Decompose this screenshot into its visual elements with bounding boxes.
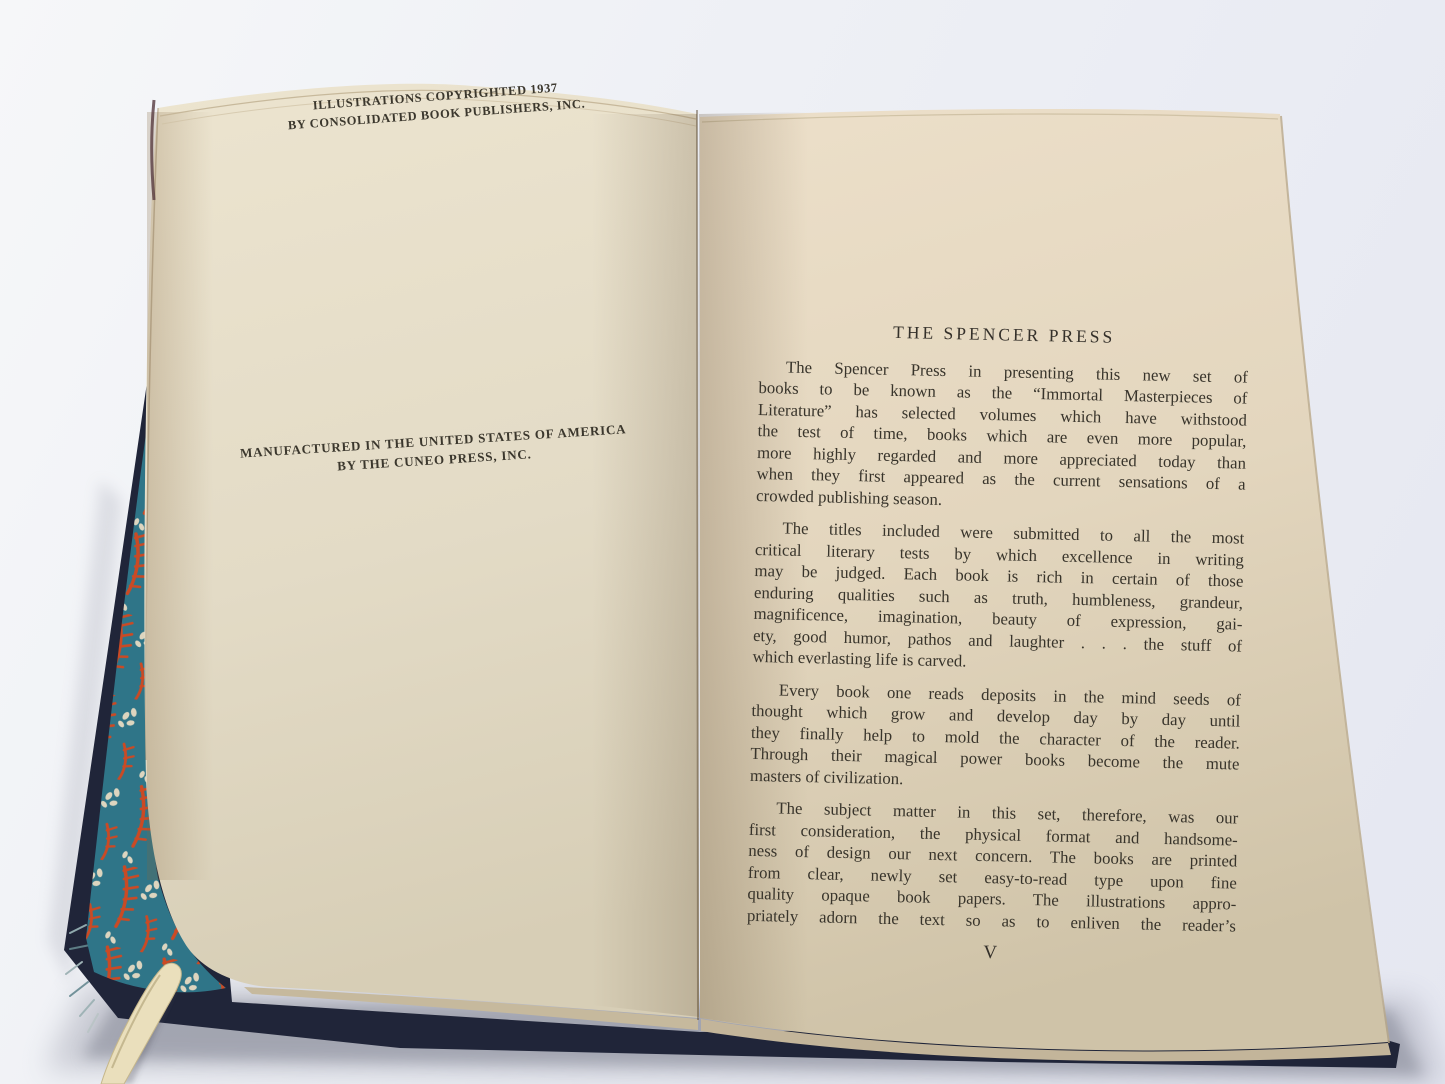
gutter-crease bbox=[697, 110, 698, 1020]
photo-of-open-book: ILLUSTRATIONS COPYRIGHTED 1937 BY CONSOL… bbox=[0, 0, 1445, 1084]
right-page-text: THE SPENCER PRESS The Spencer Press in p… bbox=[746, 319, 1249, 969]
left-page-edge-shading bbox=[147, 112, 213, 880]
paragraph-2: The titles included were submitted to al… bbox=[752, 517, 1244, 678]
paragraph-4: The subject matter in this set, therefor… bbox=[747, 797, 1239, 937]
paragraph-3: Every book one reads deposits in the min… bbox=[750, 678, 1241, 796]
gutter-shading-left bbox=[592, 114, 699, 1017]
paragraph-1: The Spencer Press in presenting this new… bbox=[756, 355, 1248, 516]
